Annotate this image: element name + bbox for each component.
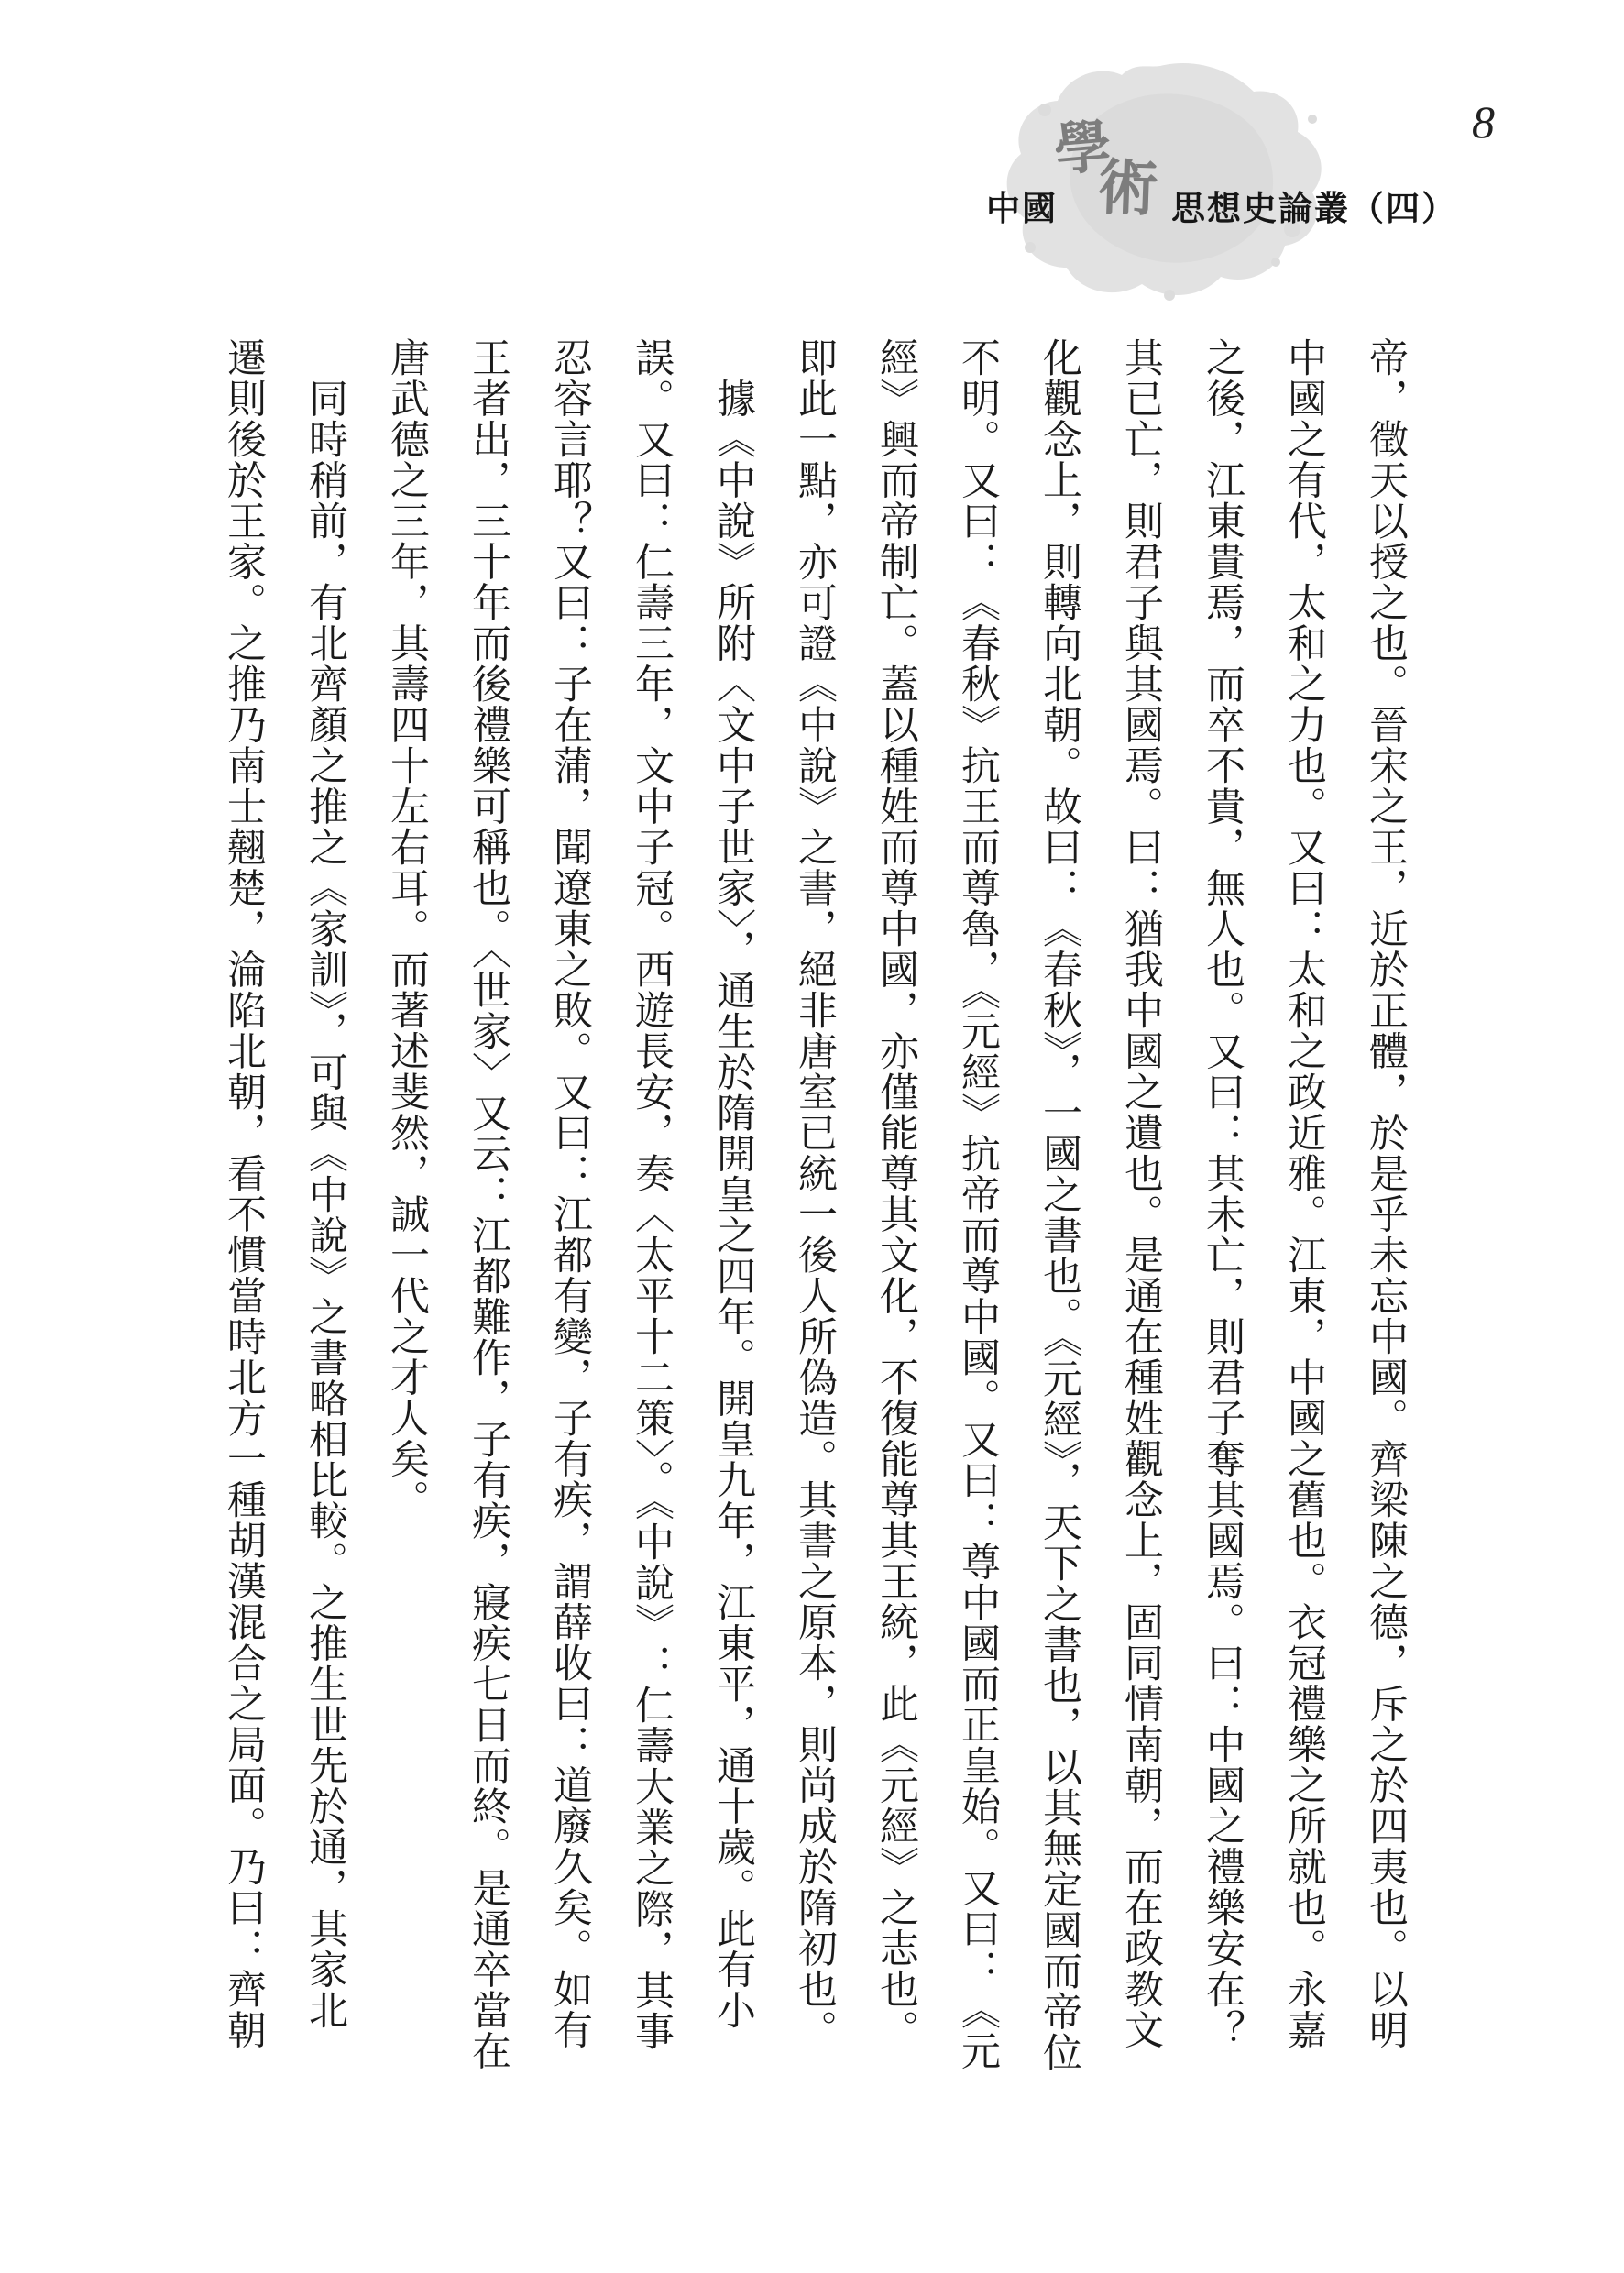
text-column-11: 忍容言耶？又曰：子在蒲，聞遼東之敗。又曰：江都有變，子有疾，謂薛收曰：道廢久矣。… bbox=[529, 337, 610, 2147]
text-column-12: 王者出，三十年而後禮樂可稱也。〈世家〉又云：江都難作，子有疾，寢疾七日而終。是通… bbox=[447, 337, 529, 2147]
text-column-10: 誤。又曰：仁壽三年，文中子冠。西遊長安，奏〈太平十二策〉。《中說》：仁壽大業之際… bbox=[610, 337, 692, 2147]
text-column-13: 唐武德之三年，其壽四十左右耳。而著述斐然，誠一代之才人矣。 bbox=[366, 337, 447, 2147]
text-column-9: 據《中說》所附〈文中子世家〉，通生於隋開皇之四年。開皇九年，江東平，通十歲。此有… bbox=[692, 337, 774, 2147]
text-column-15: 遷則後於王家。之推乃南士翹楚，淪陷北朝，看不慣當時北方一種胡漢混合之局面。乃曰：… bbox=[203, 337, 284, 2147]
text-column-6: 不明。又曰：《春秋》抗王而尊魯，《元經》抗帝而尊中國。又曰：尊中國而正皇始。又曰… bbox=[937, 337, 1018, 2147]
text-column-1: 帝，徵天以授之也。晉宋之王，近於正體，於是乎未忘中國。齊梁陳之德，斥之於四夷也。… bbox=[1344, 337, 1426, 2147]
text-column-8: 即此一點，亦可證《中說》之書，絕非唐室已統一後人所偽造。其書之原本，則尚成於隋初… bbox=[774, 337, 855, 2147]
running-head: 中國 學 術 思想史論叢（四） bbox=[953, 46, 1521, 321]
text-column-2: 中國之有代，太和之力也。又曰：太和之政近雅。江東，中國之舊也。衣冠禮樂之所就也。… bbox=[1263, 337, 1344, 2147]
text-column-14: 同時稍前，有北齊顏之推之《家訓》，可與《中說》之書略相比較。之推生世先於通，其家… bbox=[284, 337, 366, 2147]
page-number: 8 bbox=[1472, 95, 1495, 148]
book-page: 中國 學 術 思想史論叢（四） 8 帝，徵天以授之也。晉宋之王，近於正體，於是乎… bbox=[0, 0, 1624, 2273]
body-text: 帝，徵天以授之也。晉宋之王，近於正體，於是乎未忘中國。齊梁陳之德，斥之於四夷也。… bbox=[203, 337, 1426, 2147]
header-title-prefix: 中國 bbox=[986, 189, 1058, 229]
text-column-7: 經》興而帝制亡。蓋以種姓而尊中國，亦僅能尊其文化，不復能尊其王統，此《元經》之志… bbox=[855, 337, 937, 2147]
ink-splash-icon bbox=[990, 55, 1338, 312]
text-column-5: 化觀念上，則轉向北朝。故曰：《春秋》，一國之書也。《元經》，天下之書也，以其無定… bbox=[1018, 337, 1100, 2147]
logo-char-shu: 術 bbox=[1096, 138, 1159, 227]
text-column-4: 其已亡，則君子與其國焉。曰：猶我中國之遺也。是通在種姓觀念上，固同情南朝，而在政… bbox=[1100, 337, 1181, 2147]
header-title-suffix: 思想史論叢（四） bbox=[1171, 189, 1457, 229]
text-column-3: 之後，江東貴焉，而卒不貴，無人也。又曰：其未亡，則君子奪其國焉。曰：中國之禮樂安… bbox=[1181, 337, 1263, 2147]
